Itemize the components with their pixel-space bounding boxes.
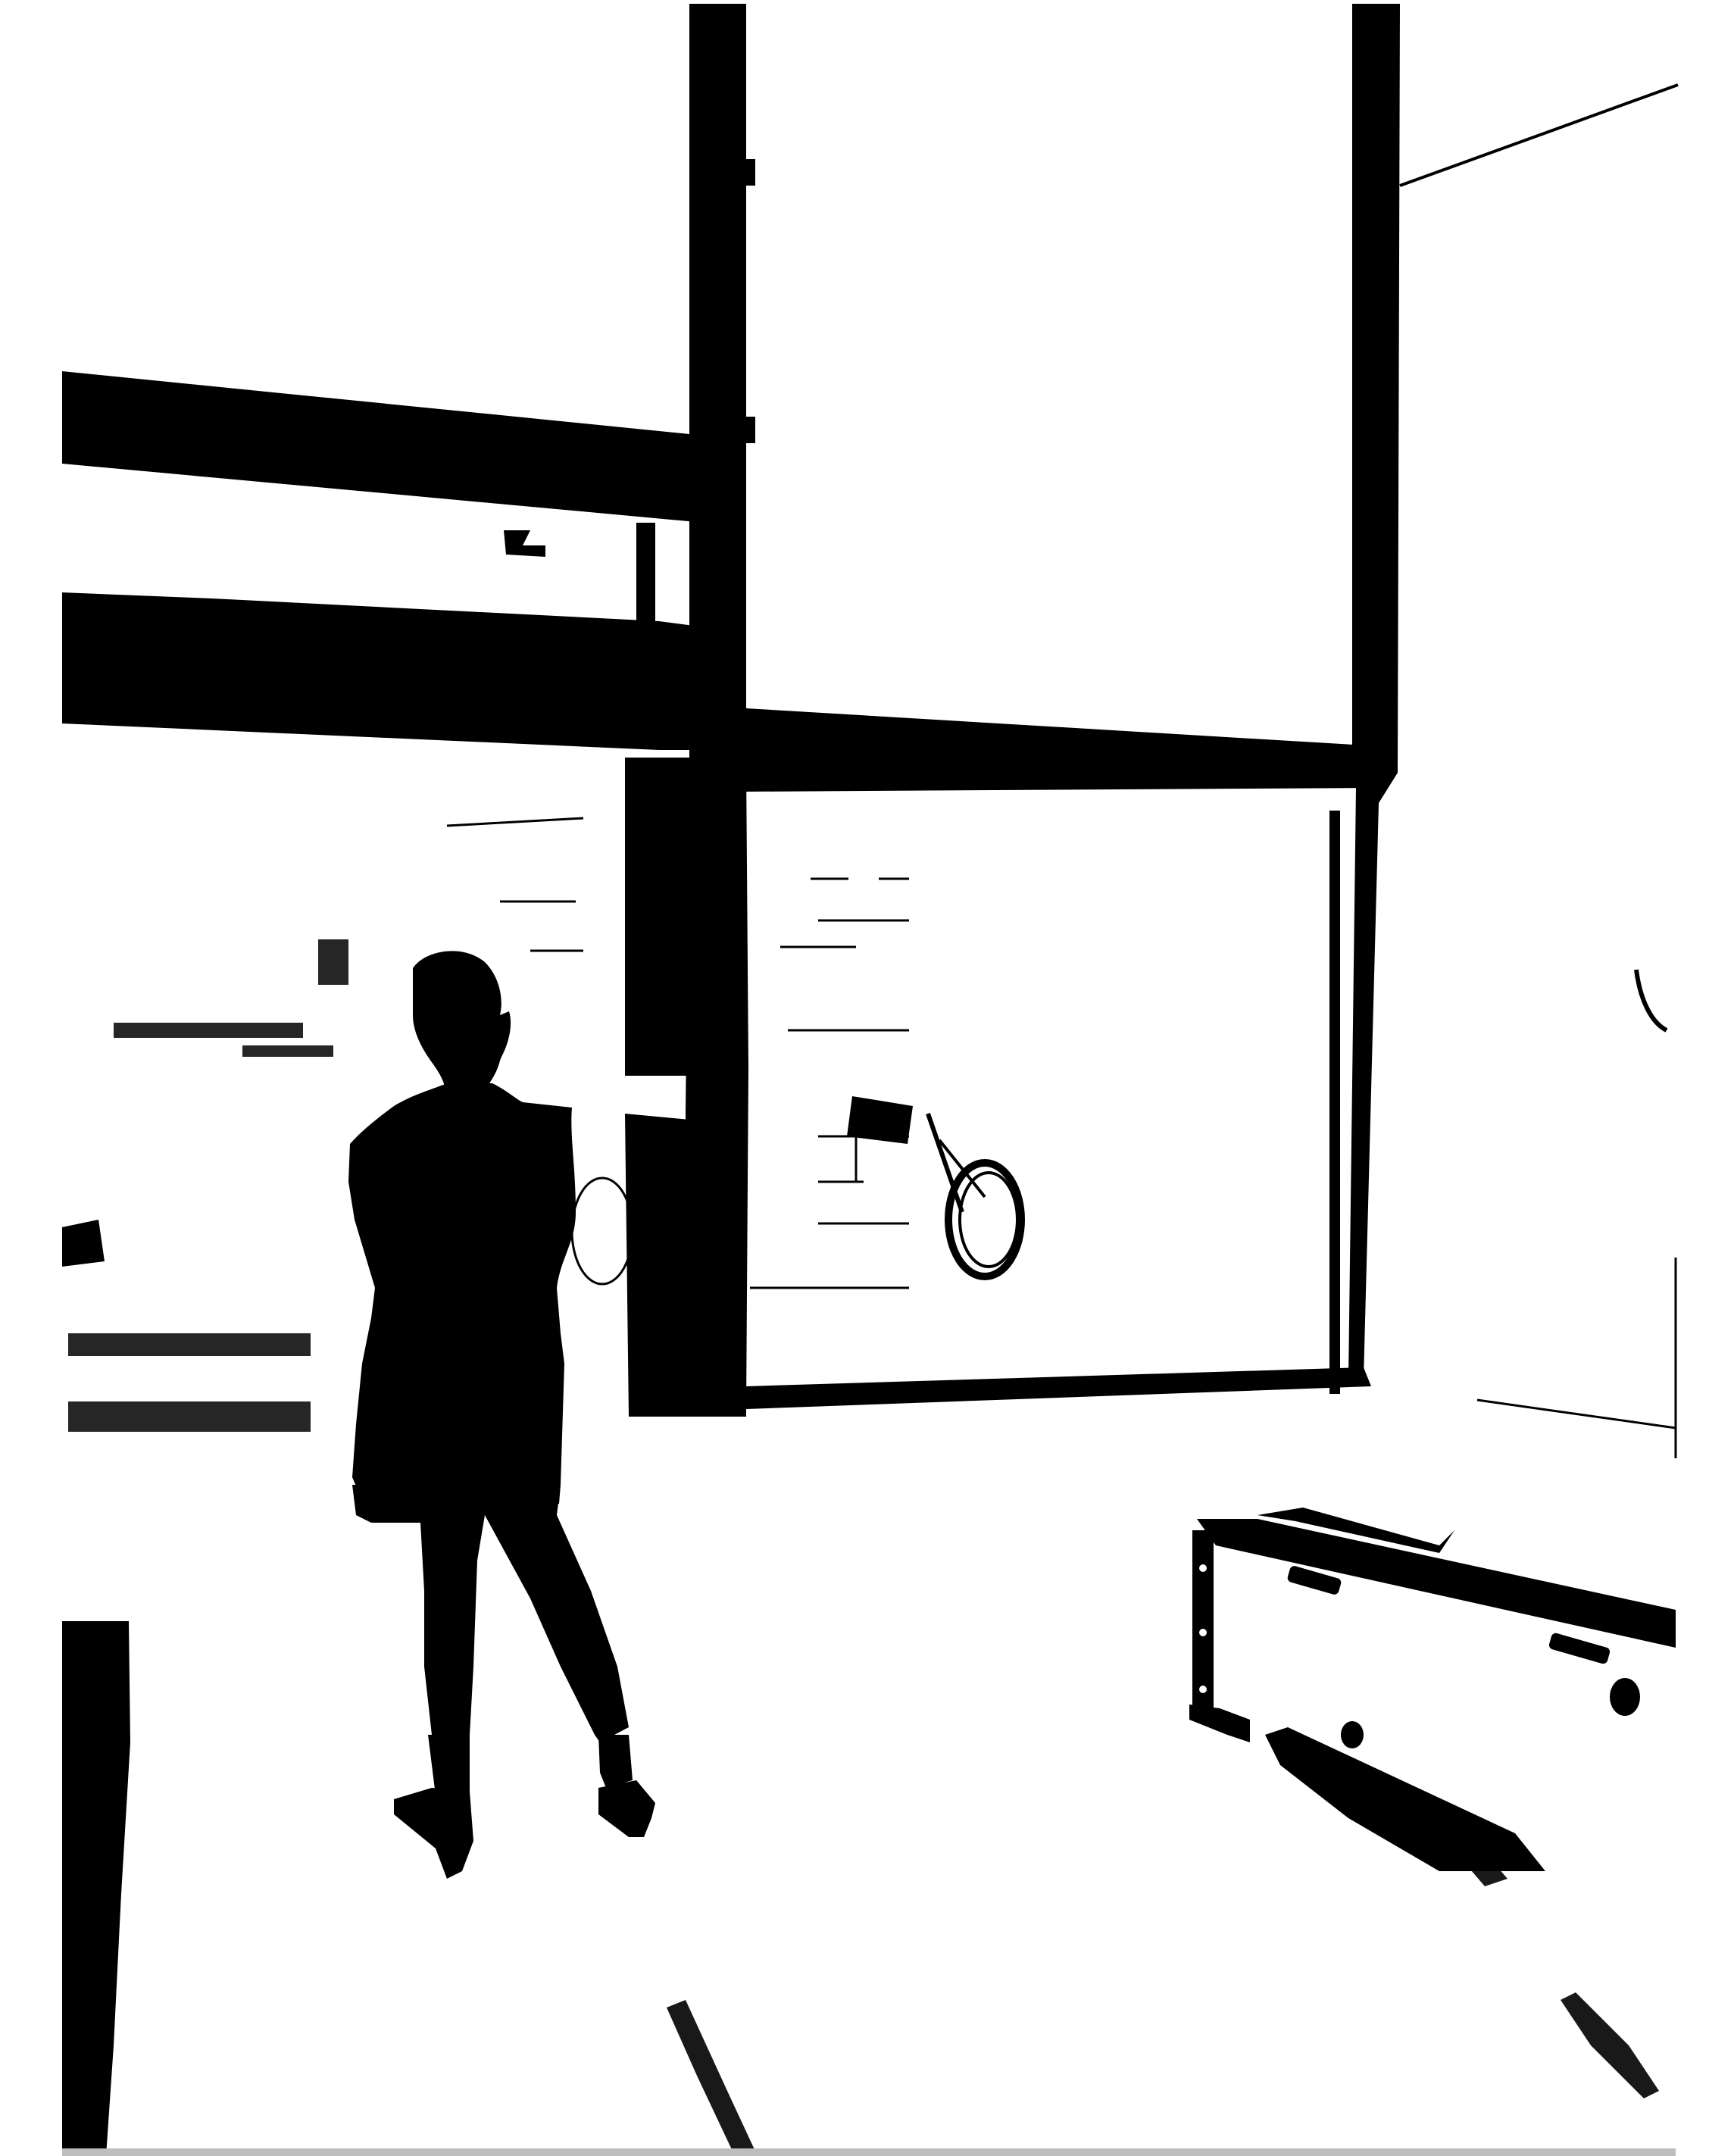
- photo-scene: [0, 0, 1709, 2156]
- bottom-edge-strip: [62, 2148, 1676, 2156]
- left-block: [62, 1220, 105, 1267]
